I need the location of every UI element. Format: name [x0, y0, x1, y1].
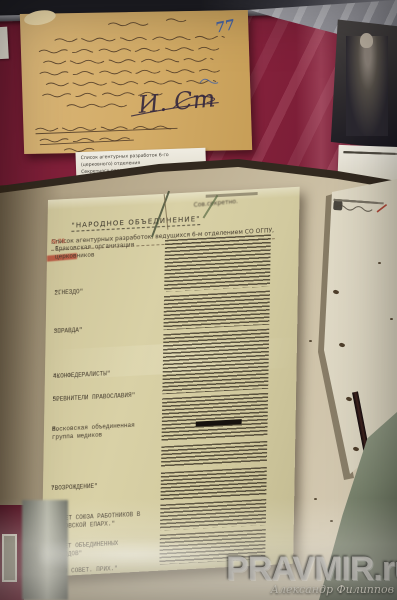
- typed-paragraph: [164, 234, 271, 292]
- dust-speck: [390, 318, 393, 320]
- photographer-credit: Александр Филиппов: [271, 583, 394, 596]
- agent-list-item: 5. "РЕВНИТЕЛИ ПРАВОСЛАВИЯ": [53, 391, 157, 396]
- agent-list-item: 2. "ГНЕЗДО": [54, 284, 158, 289]
- handwriting-strokes: И. Ст 77: [20, 10, 252, 154]
- typed-paragraph: [161, 393, 268, 443]
- agent-list-item: 6. Московская объединенная группа медико…: [52, 421, 156, 426]
- illegible-text-line: [343, 151, 362, 154]
- document-title: "НАРОДНОЕ ОБЪЕДИНЕНИЕ": [71, 215, 200, 232]
- dust-speck: [378, 262, 381, 264]
- typed-paragraph: [160, 467, 266, 501]
- agent-list-item: 7. "ВОЗРОЖДЕНИЕ": [51, 480, 155, 485]
- agent-list-item: 3. "ПРАВДА": [54, 322, 158, 327]
- typed-paragraph: [161, 441, 267, 469]
- typed-paragraph: [163, 291, 269, 331]
- museum-display-photo: И. Ст 77 Список агентурных разработок 6-…: [0, 0, 397, 600]
- stalin-signature: И. Ст: [136, 84, 217, 119]
- dust-speck: [309, 340, 312, 342]
- white-klobuk: [360, 33, 373, 48]
- portrait-photo: [328, 14, 397, 150]
- handwritten-note: И. Ст 77: [20, 10, 252, 154]
- portrait-figure: [346, 36, 388, 137]
- archive-page-number: 77: [214, 17, 237, 36]
- typed-paragraph: [162, 329, 269, 395]
- photo-content: И. Ст 77 Список агентурных разработок 6-…: [0, 0, 397, 600]
